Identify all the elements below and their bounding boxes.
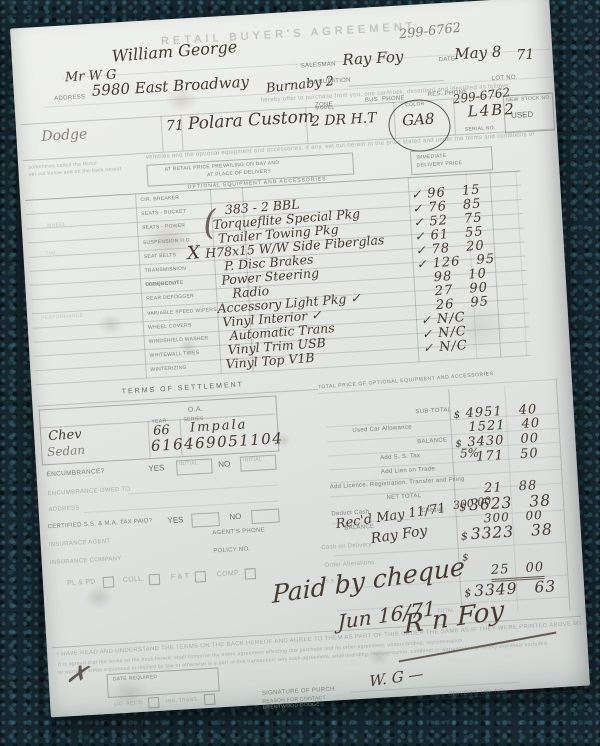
trade-body-value: Sedan <box>47 443 86 459</box>
licence-received-box <box>148 697 160 709</box>
option-check: ✓ <box>411 187 422 202</box>
oa-label: O.A. <box>188 406 204 414</box>
coverage-comp: COMP. <box>217 570 241 578</box>
encumbrance-address-label: ADDRESS <box>48 505 79 513</box>
currency-sign: $ <box>461 529 469 542</box>
photo-of-document: { "colors":{"paper":"#e9eae6","ink":"#47… <box>0 0 600 746</box>
ss-tax-value: 171 50 <box>476 446 539 465</box>
purchaser-signature: W. G — <box>369 665 423 691</box>
certified-tax-question: CERTIFIED S.S. & M.A. TAX PAID? <box>47 518 152 530</box>
option-check: ✓ <box>421 313 432 328</box>
alterations-tax-value: 25 00 <box>490 556 544 578</box>
insurance-transfer-box <box>204 694 216 706</box>
handwritten-options: ( X 383 - 2 BBL ✓ 96 15 Torqueflite Spec… <box>6 0 572 391</box>
rule-line <box>84 501 279 514</box>
insurance-agent-label: INSURANCE AGENT <box>49 539 111 549</box>
option-amount: N/C <box>439 338 469 355</box>
encumbrance-no: NO <box>218 459 231 469</box>
lien-on-trade-label: Add Lien on Trade <box>381 466 435 475</box>
buyers-agreement-sheet: RETAIL BUYER'S AGREEMENT 299-6762 Willia… <box>10 0 590 717</box>
encumbrance-yes: YES <box>148 463 165 473</box>
initial-box <box>251 509 280 525</box>
pen-scribble: ✗ <box>64 659 90 692</box>
option-check: ✓ <box>414 229 425 244</box>
currency-sign: $ <box>453 410 460 421</box>
coverage-f-t: F & T <box>171 573 190 581</box>
insurance-transfer-label: INS. TRANS. <box>166 697 199 705</box>
option-check: ✓ <box>416 257 427 272</box>
agent-phone-label: AGENT'S PHONE <box>212 527 265 536</box>
coverage-box <box>244 568 256 580</box>
option-check: ✓ <box>415 243 426 258</box>
date-required-box <box>106 667 219 698</box>
balance-label: BALANCE <box>417 437 447 445</box>
coverage-box <box>103 576 115 588</box>
option-check: ✓ <box>412 201 423 216</box>
initial-label: INITIAL <box>179 460 198 467</box>
balance-after-deposit-value: 3323 38 <box>470 520 553 543</box>
encumbrance-question: ENCUMBRANCE? <box>46 468 104 478</box>
initial-label: INITIAL <box>243 456 262 463</box>
currency-sign: $ <box>464 586 472 599</box>
encumbrance-owed-label: ENCUMBRANCE OWED TO <box>48 486 131 497</box>
initial-box <box>191 512 220 528</box>
coverage-box <box>195 571 207 583</box>
licence-received-label: LIC. REC'D <box>114 700 143 708</box>
coverage-coll: COLL. <box>123 576 145 584</box>
certified-yes: YES <box>167 515 184 525</box>
subtotal-label: SUB-TOTAL <box>415 407 451 415</box>
option-check: ✓ <box>413 215 424 230</box>
net-total-label: NET TOTAL <box>386 493 421 501</box>
option-check: ✓ <box>422 327 433 342</box>
policy-number-label: POLICY NO. <box>213 546 251 554</box>
insurance-company-label: INSURANCE COMPANY <box>50 556 122 566</box>
option-check: ✓ <box>423 341 434 356</box>
grand-total-value: 3349 63 <box>474 577 557 600</box>
certified-no: NO <box>229 512 242 522</box>
used-car-allowance-label: Used Car Allowance <box>352 424 412 434</box>
rule-line <box>128 485 278 495</box>
ss-tax-label: Add S. S. Tax <box>380 453 420 461</box>
trade-make-value: Chev <box>48 427 82 444</box>
received-signature: Ray Foy <box>370 523 429 547</box>
cash-on-delivery-label: Cash on Delivery <box>321 542 372 551</box>
coverage-box <box>149 574 161 586</box>
